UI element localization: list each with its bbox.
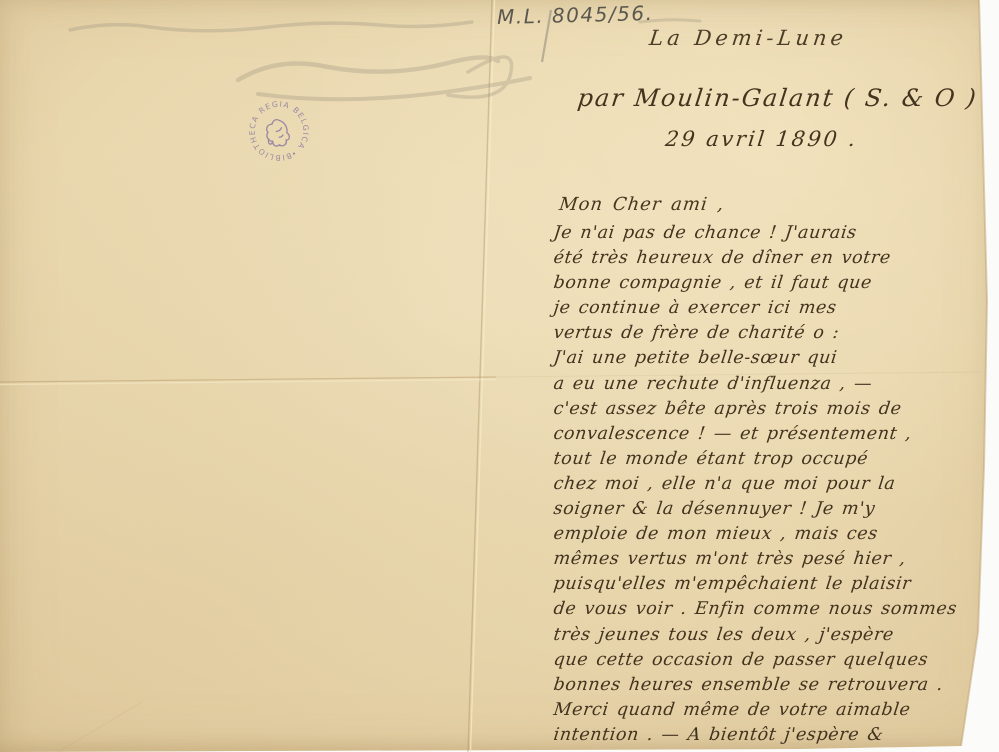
letter-line: chez moi , elle n'a que moi pour la [552, 472, 999, 497]
shelfmark-annotation: M.L. 8045/56. [497, 1, 654, 29]
letter-line: Merci quand même de votre aimable [552, 698, 999, 723]
letter-line: bonnes heures ensemble se retrouvera . [552, 673, 999, 698]
letter-line: je continue à exercer ici mes [552, 296, 999, 321]
letter-salutation: Mon Cher ami , [558, 194, 726, 215]
letter-place: La Demi-Lune [648, 26, 849, 50]
letter-line: que cette occasion de passer quelques [552, 648, 999, 673]
letter-body: Je n'ai pas de chance ! J'aurais été trè… [552, 221, 998, 748]
letter-address: par Moulin-Galant ( S. & O ) [576, 84, 979, 112]
letter-line: bonne compagnie , et il faut que [552, 271, 999, 296]
letter-line: tout le monde étant trop occupé [552, 447, 999, 472]
library-stamp: BIBLIOTHECA REGIA BELGICA • [246, 99, 312, 163]
letter-line: convalescence ! — et présentement , [552, 422, 999, 447]
letter-line: emploie de mon mieux , mais ces [552, 522, 999, 547]
stamp-lion-emblem [261, 117, 294, 151]
letter-line: mêmes vertus m'ont très pesé hier , [552, 547, 999, 572]
letter-line: soigner & la désennuyer ! Je m'y [552, 497, 999, 522]
letter-line: de vous voir . Enfin comme nous sommes [552, 597, 999, 622]
letter-line: été très heureux de dîner en votre [552, 246, 999, 271]
letter-line: intention . — A bientôt j'espère & [552, 723, 999, 748]
letter-line: très jeunes tous les deux , j'espère [552, 623, 999, 648]
letter-line: vertus de frère de charité o : [552, 321, 999, 346]
letter-line: c'est assez bête après trois mois de [552, 397, 999, 422]
letter-line: J'ai une petite belle-sœur qui [552, 346, 999, 371]
letter-line: a eu une rechute d'influenza , — [552, 372, 999, 397]
letter-scan: BIBLIOTHECA REGIA BELGICA • M.L. 8045/56… [0, 0, 999, 752]
letter-line: Je n'ai pas de chance ! J'aurais [552, 221, 999, 246]
letter-date: 29 avril 1890 . [664, 127, 859, 151]
letter-line: puisqu'elles m'empêchaient le plaisir [552, 572, 999, 597]
